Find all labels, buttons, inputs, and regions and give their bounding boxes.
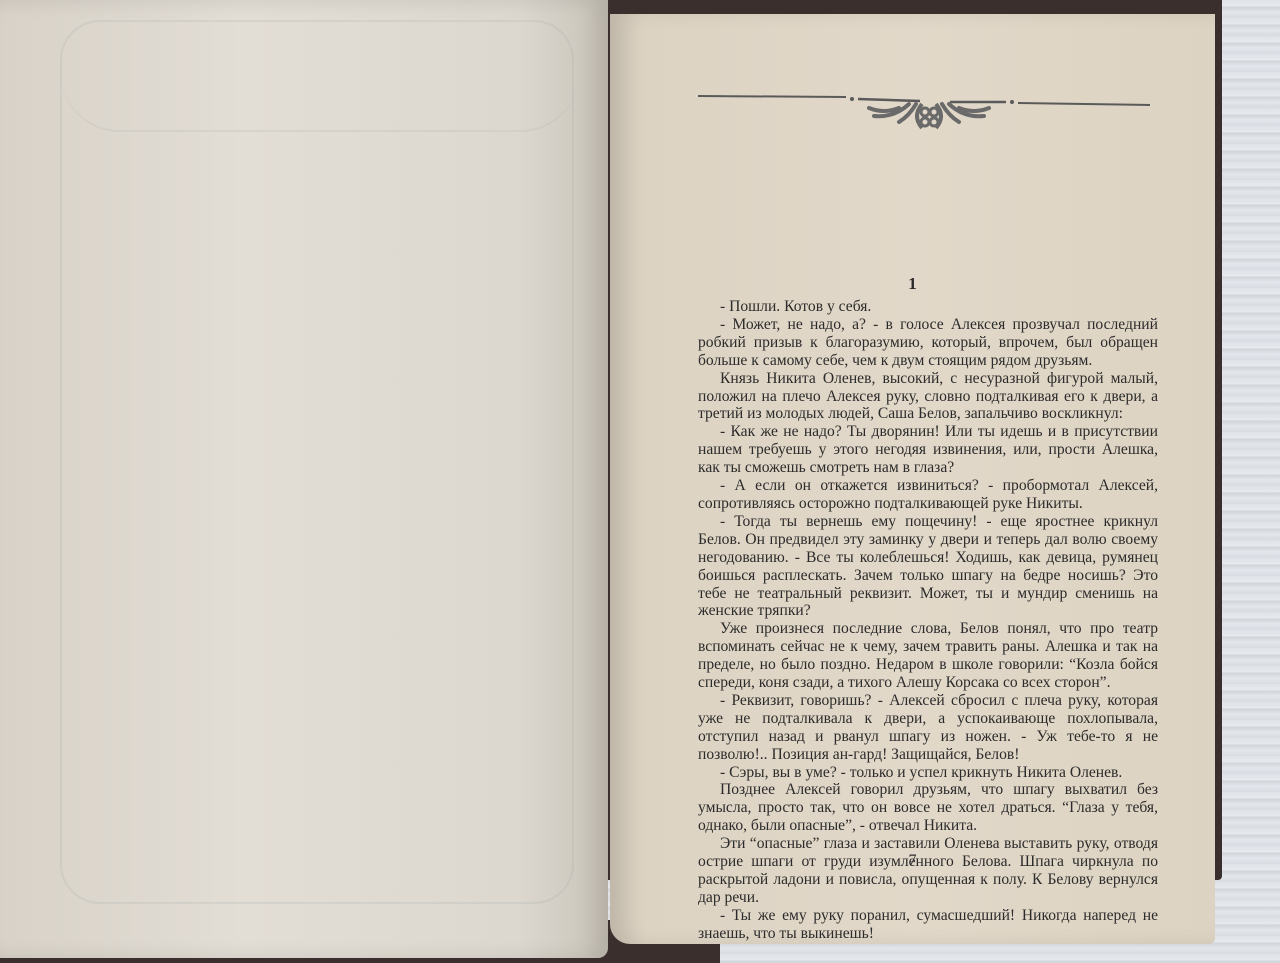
scroll-ornament-icon	[694, 86, 1164, 136]
show-through-frame	[60, 20, 574, 904]
paragraph: - Пошли. Котов у себя.	[698, 298, 1158, 316]
paragraph: - А если он откажется извиниться? - проб…	[698, 477, 1158, 513]
right-page: 1 - Пошли. Котов у себя. - Может, не над…	[610, 14, 1215, 944]
chapter-text: - Пошли. Котов у себя. - Может, не надо,…	[698, 298, 1158, 943]
paragraph: - Сэры, вы в уме? - только и успел крикн…	[698, 764, 1158, 782]
paragraph: - Может, не надо, а? - в голосе Алексея …	[698, 316, 1158, 370]
paragraph: Эти “опасные” глаза и заставили Оленева …	[698, 835, 1158, 907]
paragraph: - Ты же ему руку поранил, сумасшедший! Н…	[698, 907, 1158, 943]
chapter-number: 1	[610, 274, 1215, 294]
paragraph: - Как же не надо? Ты дворянин! Или ты ид…	[698, 423, 1158, 477]
paragraph: - Тогда ты вернешь ему пощечину! - еще я…	[698, 513, 1158, 620]
left-page	[0, 0, 608, 958]
paragraph: Позднее Алексей говорил друзьям, что шпа…	[698, 781, 1158, 835]
paragraph: - Реквизит, говоришь? - Алексей сбросил …	[698, 692, 1158, 764]
paragraph: Князь Никита Оленев, высокий, с несуразн…	[698, 370, 1158, 424]
paragraph: Уже произнеся последние слова, Белов пон…	[698, 620, 1158, 692]
page-number: 7	[610, 852, 1215, 870]
